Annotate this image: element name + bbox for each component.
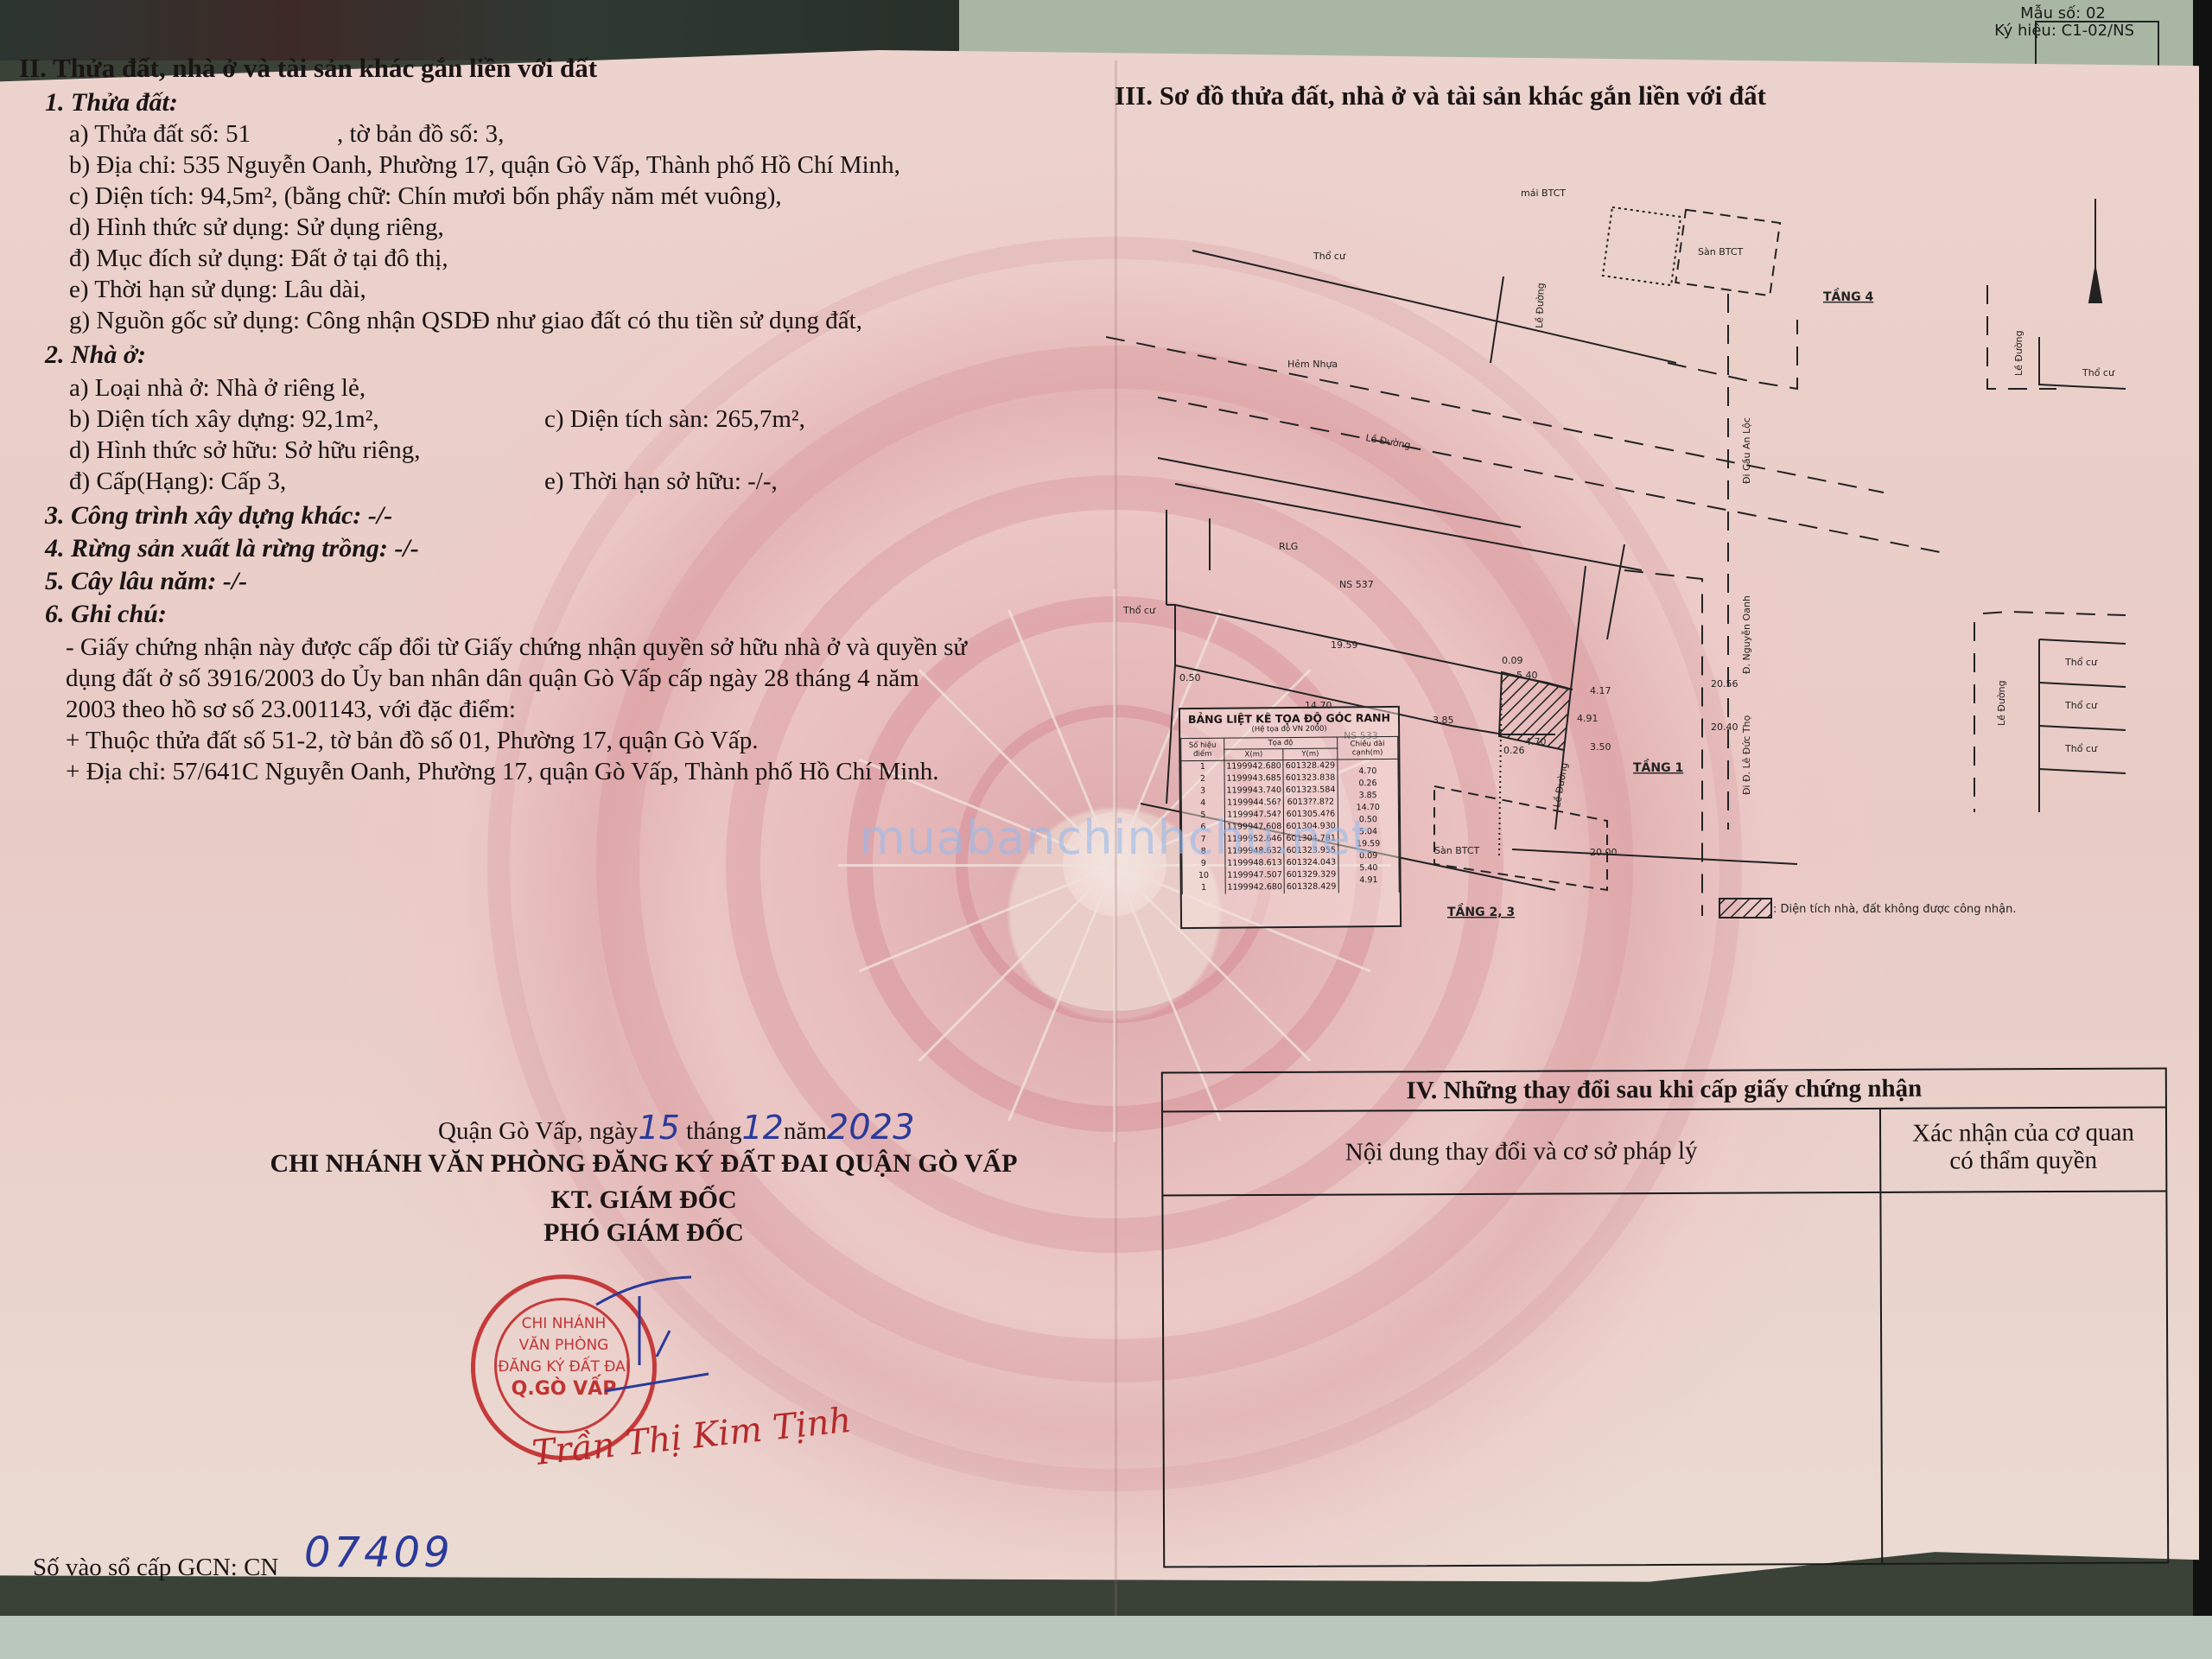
planted-forest: 4. Rừng sản xuất là rừng trồng: -/- <box>45 534 419 563</box>
coord-cell-p: 4 <box>1181 798 1224 810</box>
svg-text:Thổ cư: Thổ cư <box>2064 743 2098 754</box>
house-heading: 2. Nhà ở: <box>45 340 146 370</box>
coord-cell-p: 1 <box>1181 760 1224 773</box>
signer-authority: KT. GIÁM ĐỐC <box>255 1185 1033 1215</box>
perennial-trees: 5. Cây lâu năm: -/- <box>45 567 247 596</box>
form-code: Ký hiệu: C1-02/NS <box>1994 22 2134 40</box>
coord-cell-x: 1199942.680 <box>1224 760 1284 773</box>
land-use-purpose: đ) Mục đích sử dụng: Đất ở tại đô thị, <box>69 244 448 273</box>
land-plot-number: a) Thửa đất số: 51 <box>69 119 251 149</box>
coord-cell-len: 0.26 <box>1338 778 1398 791</box>
svg-text:5.40: 5.40 <box>1516 670 1538 681</box>
col-x: X(m) <box>1224 749 1284 761</box>
svg-text:Lề Đường: Lề Đường <box>1551 761 1570 808</box>
coord-row: 11199942.680601328.4294.70 <box>1181 759 1398 773</box>
signer-role: PHÓ GIÁM ĐỐC <box>255 1218 1033 1248</box>
issue-place: Quận Gò Vấp, ngày <box>438 1117 638 1145</box>
coord-cell-y: 6013??.8?2 <box>1284 797 1338 810</box>
coord-cell-y: 601323.584 <box>1283 785 1338 798</box>
house-ownership: d) Hình thức sở hữu: Sở hữu riêng, <box>69 435 420 465</box>
issuing-organization: CHI NHÁNH VĂN PHÒNG ĐĂNG KÝ ĐẤT ĐAI QUẬN… <box>255 1149 1033 1179</box>
svg-text:Đ. Nguyễn Oanh: Đ. Nguyễn Oanh <box>1741 595 1752 674</box>
svg-text:20.40: 20.40 <box>1711 721 1738 733</box>
svg-text:Thổ cư: Thổ cư <box>1122 605 1156 616</box>
coord-cell-p: 3 <box>1181 785 1224 798</box>
house-ownership-term: e) Thời hạn sở hữu: -/-, <box>544 467 778 496</box>
coord-cell-x: 1199943.685 <box>1224 772 1284 785</box>
svg-text:RLG: RLG <box>1279 541 1298 552</box>
issue-date: Quận Gò Vấp, ngày15 tháng12năm2023 <box>438 1108 915 1147</box>
col-length: Chiều dài cạnh(m) <box>1337 736 1398 760</box>
issue-year: 2023 <box>827 1108 915 1147</box>
notes-line-4: + Thuộc thửa đất số 51-2, tờ bản đồ số 0… <box>66 726 759 755</box>
coord-cell-p: 10 <box>1182 870 1225 882</box>
house-built-area: b) Diện tích xây dựng: 92,1m², <box>69 404 379 434</box>
form-meta: Mẫu số: 02 Ký hiệu: C1-02/NS <box>1994 5 2134 40</box>
coord-cell-y: 601323.838 <box>1283 772 1338 785</box>
svg-text:0.50: 0.50 <box>1179 672 1201 683</box>
svg-text:Hẻm Nhựa: Hẻm Nhựa <box>1287 359 1338 370</box>
coord-cell-len <box>1338 887 1399 899</box>
section-iii-title: III. Sơ đồ thửa đất, nhà ở và tài sản kh… <box>1115 81 1766 111</box>
coord-cell-y: 601328.429 <box>1284 881 1338 894</box>
house-floor-area: c) Diện tích sàn: 265,7m², <box>544 404 805 434</box>
svg-text:Sàn BTCT: Sàn BTCT <box>1698 246 1743 257</box>
coord-cell-p: 2 <box>1181 773 1224 785</box>
svg-text:4.17: 4.17 <box>1590 685 1611 696</box>
svg-text:Lề Đường: Lề Đường <box>1534 283 1547 328</box>
svg-text:4.91: 4.91 <box>1577 713 1599 724</box>
land-use-origin: g) Nguồn gốc sử dụng: Công nhận QSDĐ như… <box>69 306 862 335</box>
coord-table-title: BẢNG LIỆT KÊ TỌA ĐỘ GÓC RANH <box>1180 708 1398 726</box>
notes-heading: 6. Ghi chú: <box>45 600 167 629</box>
website-watermark: muabanchinhchu.net <box>860 810 1370 865</box>
house-grade: đ) Cấp(Hạng): Cấp 3, <box>69 467 286 496</box>
land-area: c) Diện tích: 94,5m², (bằng chữ: Chín mư… <box>69 181 782 211</box>
notes-line-2: dụng đất ở số 3916/2003 do Ủy ban nhân d… <box>66 664 919 693</box>
coord-cell-len: 3.85 <box>1338 790 1398 803</box>
issue-day: 15 <box>638 1109 679 1147</box>
authority-header-line-1: Xác nhận của cơ quan <box>1881 1118 2165 1147</box>
land-use-form: d) Hình thức sử dụng: Sử dụng riêng, <box>69 213 444 242</box>
changes-table: IV. Những thay đổi sau khi cấp giấy chứn… <box>1161 1067 2169 1567</box>
changes-content-cell <box>1163 1193 1883 1567</box>
col-y: Y(m) <box>1283 748 1338 760</box>
svg-text:: Diện tích nhà, đất không đượ: : Diện tích nhà, đất không được công nhậ… <box>1773 903 2017 916</box>
svg-text:Đi Đ. Lê Đức Thọ: Đi Đ. Lê Đức Thọ <box>1741 715 1752 795</box>
svg-text:TẦNG 1: TẦNG 1 <box>1633 759 1683 775</box>
coord-cell-len: 4.70 <box>1338 765 1398 778</box>
svg-text:4.70: 4.70 <box>1525 736 1547 747</box>
coord-cell-x: 1199942.680 <box>1225 881 1285 894</box>
svg-text:0.09: 0.09 <box>1502 655 1523 666</box>
svg-text:Thổ cư: Thổ cư <box>2064 700 2098 711</box>
coord-cell-y: 601329.329 <box>1284 869 1338 882</box>
registry-label: Số vào sổ cấp GCN: CN <box>33 1553 278 1582</box>
authority-header-line-2: có thẩm quyền <box>1881 1146 2165 1174</box>
svg-text:20.00: 20.00 <box>1590 847 1618 858</box>
svg-text:NS 537: NS 537 <box>1339 579 1374 590</box>
svg-text:3.50: 3.50 <box>1590 741 1611 753</box>
svg-text:TẦNG 2, 3: TẦNG 2, 3 <box>1447 903 1515 919</box>
notes-line-5: + Địa chỉ: 57/641C Nguyễn Oanh, Phường 1… <box>66 757 939 786</box>
registry-number: 07409 <box>304 1538 454 1567</box>
land-use-term: e) Thời hạn sử dụng: Lâu dài, <box>69 275 366 304</box>
svg-text:0.26: 0.26 <box>1503 745 1525 756</box>
svg-text:19.59: 19.59 <box>1331 639 1358 651</box>
coord-cell-x: 1199944.56? <box>1224 797 1284 810</box>
coord-cell-y: 601328.429 <box>1283 760 1338 772</box>
other-construction: 3. Công trình xây dựng khác: -/- <box>45 501 392 531</box>
svg-text:Thổ cư: Thổ cư <box>2082 367 2115 378</box>
land-map-sheet: , tờ bản đồ số: 3, <box>337 119 504 149</box>
svg-text:Lề Đường: Lề Đường <box>1996 680 2007 726</box>
authority-confirmation-header: Xác nhận của cơ quan có thẩm quyền <box>1881 1108 2165 1191</box>
issue-month: 12 <box>741 1109 783 1147</box>
col-point: Số hiệu điểm <box>1181 738 1224 760</box>
svg-text:20.56: 20.56 <box>1711 678 1738 690</box>
svg-text:Lề Đường: Lề Đường <box>1364 432 1411 451</box>
coord-cell-p: 1 <box>1182 882 1225 894</box>
handwritten-signature <box>588 1270 717 1400</box>
land-heading: 1. Thửa đất: <box>45 88 178 118</box>
coord-cell-x: 1199943.740 <box>1224 785 1284 798</box>
svg-text:Sàn BTCT: Sàn BTCT <box>1434 845 1479 856</box>
svg-text:Lề Đường: Lề Đường <box>2013 330 2024 376</box>
land-address: b) Địa chỉ: 535 Nguyễn Oanh, Phường 17, … <box>69 150 900 180</box>
section-iv-title: IV. Những thay đổi sau khi cấp giấy chứn… <box>1163 1069 2165 1112</box>
changes-content-header: Nội dung thay đổi và cơ sở pháp lý <box>1163 1109 1881 1195</box>
svg-text:Thổ cư: Thổ cư <box>1313 251 1346 262</box>
month-label: tháng <box>686 1117 741 1145</box>
background-top <box>0 0 968 60</box>
svg-text:Thổ cư: Thổ cư <box>2064 657 2098 668</box>
svg-text:TẦNG 4: TẦNG 4 <box>1823 288 1873 304</box>
notes-line-3: 2003 theo hồ sơ số 23.001143, với đặc đi… <box>66 695 516 724</box>
col-coord: Tọa độ <box>1224 737 1338 749</box>
form-number: Mẫu số: 02 <box>1994 5 2134 22</box>
coord-cell-x: 1199947.507 <box>1225 869 1285 882</box>
house-type: a) Loại nhà ở: Nhà ở riêng lẻ, <box>69 373 365 403</box>
coord-cell-len: 4.91 <box>1338 874 1399 887</box>
svg-text:3.85: 3.85 <box>1433 715 1454 726</box>
notes-line-1: - Giấy chứng nhận này được cấp đổi từ Gi… <box>66 632 967 662</box>
background-bottom <box>0 1616 2212 1659</box>
svg-text:Đi Cầu An Lộc: Đi Cầu An Lộc <box>1741 417 1752 484</box>
section-ii-title: II. Thửa đất, nhà ở và tài sản khác gắn … <box>19 54 597 83</box>
svg-text:mái BTCT: mái BTCT <box>1521 188 1566 199</box>
year-label: năm <box>784 1117 827 1145</box>
